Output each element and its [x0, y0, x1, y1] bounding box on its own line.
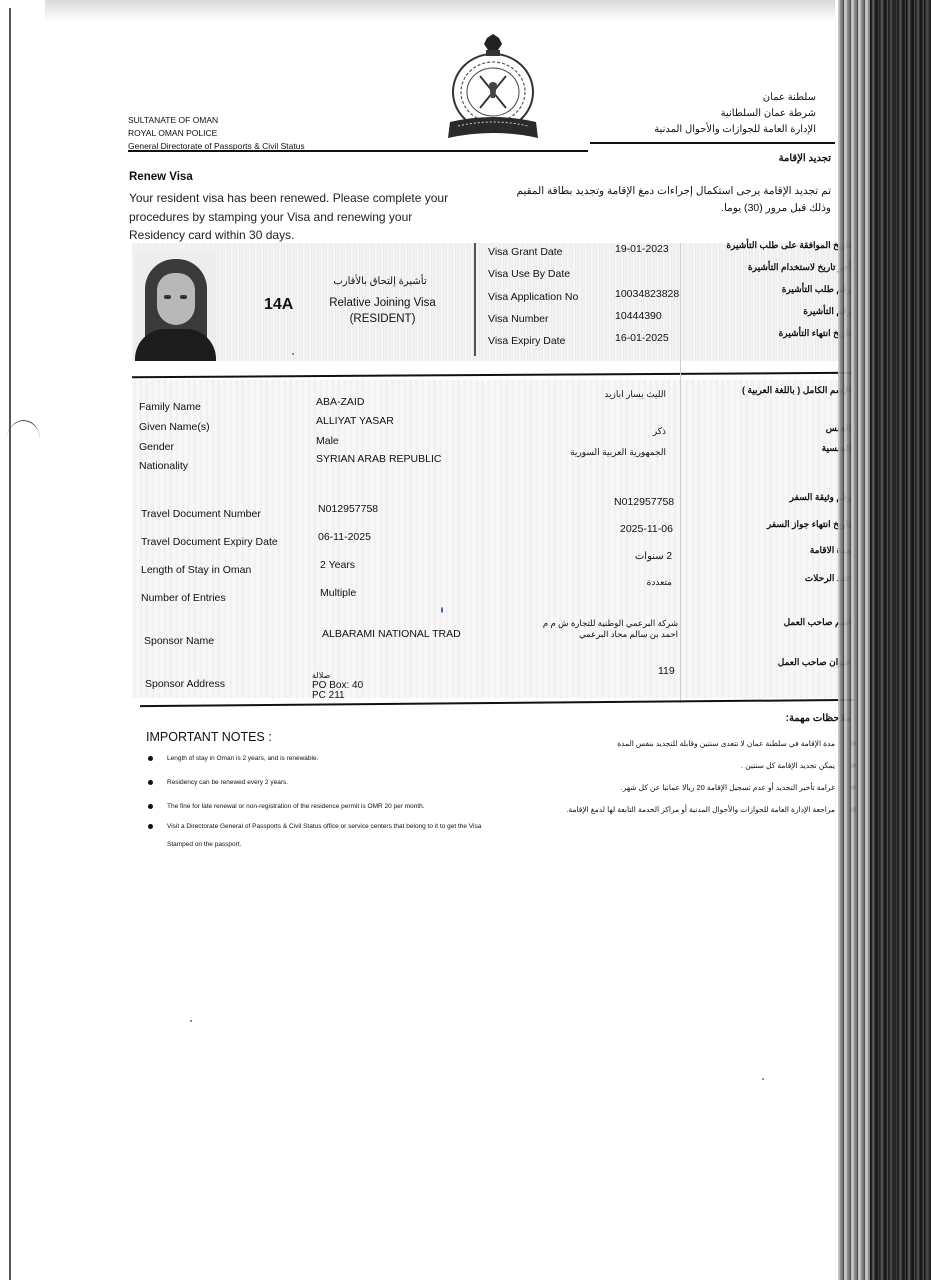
visa-expiry-date-label: Visa Expiry Date — [488, 335, 565, 347]
visa-category: (RESIDENT) — [325, 311, 440, 327]
note-ar-item: مراجعة الإدارة العامة للجوازات والأحوال … — [536, 803, 856, 817]
visa-type: Relative Joining Visa (RESIDENT) — [325, 295, 440, 327]
number-of-entries-value-ar: متعددة — [647, 577, 672, 588]
gender-label: Gender — [139, 441, 174, 453]
visa-band-divider — [474, 243, 476, 356]
scan-speck — [762, 1078, 764, 1080]
visa-application-no-value: 10034823828 — [615, 288, 679, 300]
nationality-value: SYRIAN ARAB REPUBLIC — [316, 453, 441, 465]
visa-application-no-label: Visa Application No — [488, 291, 578, 303]
note-ar-item: مدة الإقامة في سلطنة عمان لا تتعدى سنتين… — [536, 737, 856, 751]
royal-oman-police-emblem-icon — [442, 34, 544, 142]
visa-type-en: Relative Joining Visa — [325, 295, 440, 311]
visa-grant-date-value: 19-01-2023 — [615, 243, 669, 255]
nationality-value-ar: الجمهورية العربية السورية — [570, 447, 666, 458]
header-directorate-ar: الإدارة العامة للجوازات والأحوال المدنية — [654, 124, 816, 135]
given-names-value: ALLIYAT YASAR — [316, 415, 394, 427]
travel-document-expiry-label: Travel Document Expiry Date — [141, 536, 278, 548]
header-country-en: SULTANATE OF OMAN — [128, 115, 218, 125]
note-ar-item: غرامة تأخير التجديد أو عدم تسجيل الإقامة… — [536, 781, 856, 795]
travel-document-expiry-value-ar: 2025-11-06 — [620, 523, 673, 535]
page-title-ar: تجديد الإقامة — [779, 153, 831, 164]
header-divider-left — [128, 150, 588, 152]
full-name-ar-value: الليث يسار ابازيد — [604, 389, 666, 400]
section-divider-1 — [132, 372, 852, 378]
visa-number-label: Visa Number — [488, 313, 549, 325]
number-of-entries-value: Multiple — [320, 587, 356, 599]
length-of-stay-value-ar: 2 سنوات — [635, 551, 672, 562]
family-name-value: ABA-ZAID — [316, 396, 364, 408]
visa-use-by-date-label: Visa Use By Date — [488, 268, 570, 280]
visa-grant-date-label: Visa Grant Date — [488, 246, 563, 258]
gender-value-ar: ذكر — [653, 426, 666, 437]
length-of-stay-label: Length of Stay in Oman — [141, 564, 251, 576]
header-country-ar: سلطنة عمان — [763, 92, 816, 103]
nationality-label: Nationality — [139, 460, 188, 472]
bullet-icon — [148, 756, 153, 761]
sponsor-address-value: صلالة PO Box: 40 PC 211 — [312, 671, 363, 701]
gender-value: Male — [316, 435, 339, 447]
scan-right-edge-dark — [870, 0, 931, 1280]
renewal-message-ar: تم تجديد الإقامة يرجى استكمال إجراءات دم… — [501, 183, 831, 217]
sponsor-address-label: Sponsor Address — [145, 678, 225, 690]
full-name-ar-label: الإسم الكامل ( باللغة العربية ) — [742, 385, 851, 396]
visa-code: 14A — [264, 296, 293, 314]
holder-photo — [135, 251, 216, 361]
sponsor-address-postal-code: PC 211 — [312, 691, 363, 701]
travel-document-number-label: Travel Document Number — [141, 508, 261, 520]
length-of-stay-value: 2 Years — [320, 559, 355, 571]
sponsor-name-value: ALBARAMI NATIONAL TRAD — [322, 628, 461, 640]
header-police-ar: شرطة عمان السلطانية — [721, 108, 816, 119]
visa-use-by-date-label-ar: آخر تاريخ لاستخدام التأشيرة — [748, 262, 851, 273]
ink-mark — [441, 607, 443, 613]
given-names-label: Given Name(s) — [139, 421, 210, 433]
travel-document-expiry-value: 06-11-2025 — [318, 531, 371, 543]
sponsor-name-ar-line2: احمد بن سالم محاد البرعمي — [579, 629, 678, 640]
note-en-item: The fine for late renewal or non-registr… — [148, 798, 508, 816]
visa-grant-date-label-ar: تاريخ الموافقة على طلب التأشيرة — [726, 240, 851, 251]
travel-document-number-value-ar: N012957758 — [614, 496, 674, 508]
travel-document-number-value: N012957758 — [318, 503, 378, 515]
sponsor-name-ar-line1: شركة البرعمي الوطنية للتجارة ش م م — [543, 618, 678, 629]
bullet-icon — [148, 804, 153, 809]
bullet-icon — [148, 780, 153, 785]
note-ar-item: يمكن تجديد الإقامة كل سنتين . — [536, 759, 856, 773]
renewal-message-en: Your resident visa has been renewed. Ple… — [129, 189, 464, 245]
bullet-icon — [148, 824, 153, 829]
header-divider-right — [590, 142, 835, 144]
sponsor-name-label: Sponsor Name — [144, 635, 214, 647]
number-of-entries-label: Number of Entries — [141, 592, 226, 604]
section-divider-2 — [140, 699, 855, 707]
scan-speck — [292, 353, 294, 355]
scan-speck — [190, 1020, 192, 1022]
visa-expiry-date-value: 16-01-2025 — [615, 332, 669, 344]
details-column-divider — [680, 243, 681, 703]
page-title: Renew Visa — [129, 171, 193, 183]
note-en-item: Length of stay in Oman is 2 years, and i… — [148, 750, 508, 768]
header-police-en: ROYAL OMAN POLICE — [128, 128, 217, 138]
note-en-item: Residency can be renewed every 2 years. — [148, 774, 508, 792]
important-notes-title: IMPORTANT NOTES : — [146, 730, 272, 744]
visa-type-ar: تأشيرة إلتحاق بالأقارب — [330, 276, 430, 287]
scan-left-edge — [9, 8, 11, 1280]
visa-number-value: 10444390 — [615, 310, 662, 322]
scan-top-shadow — [45, 0, 835, 22]
family-name-label: Family Name — [139, 401, 201, 413]
sponsor-address-value-ar: 119 — [658, 665, 675, 677]
note-en-item: Visit a Directorate General of Passports… — [148, 818, 508, 854]
